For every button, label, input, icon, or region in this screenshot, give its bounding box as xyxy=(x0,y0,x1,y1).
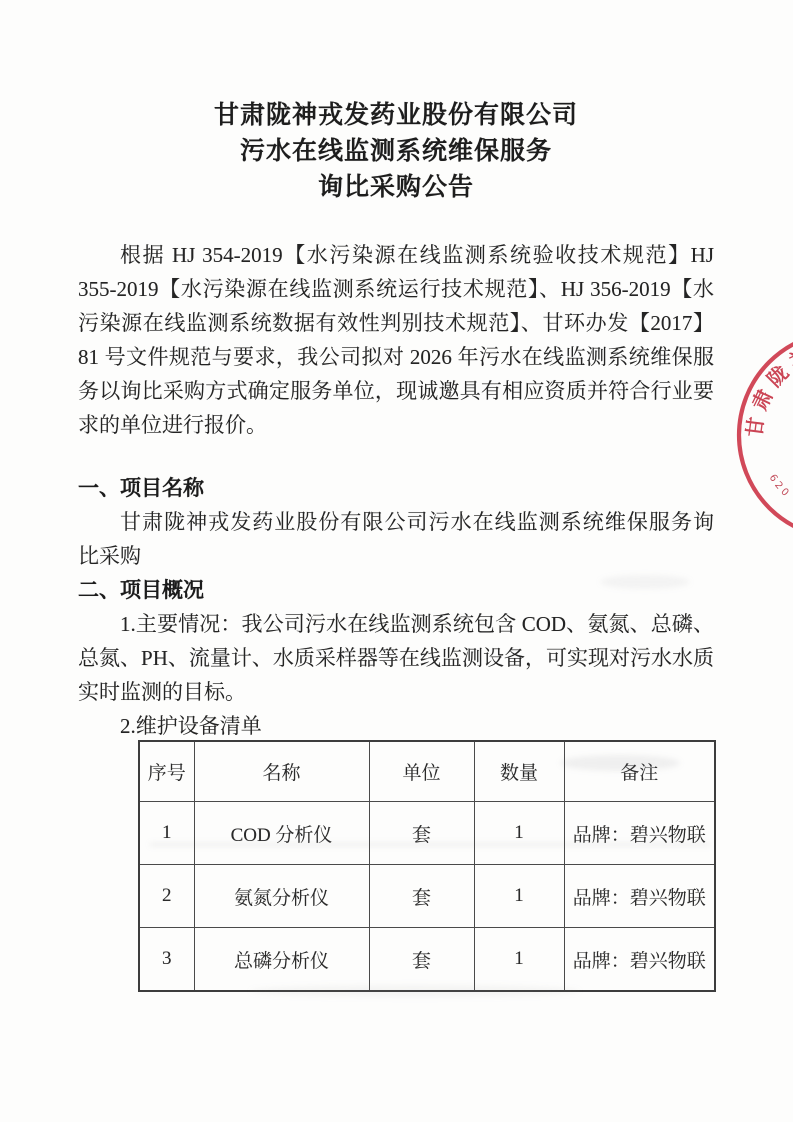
section-2-body: 1.主要情况：我公司污水在线监测系统包含 COD、氨氮、总磷、总氮、PH、流量计… xyxy=(78,607,714,743)
text-line: 求的单位进行报价。 xyxy=(78,408,714,442)
text-line: 根据 HJ 354-2019【水污染源在线监测系统验收技术规范】HJ xyxy=(78,238,714,272)
table-cell: 套 xyxy=(369,928,474,992)
table-row: 1COD 分析仪套1品牌：碧兴物联 xyxy=(139,802,715,865)
document-page: 甘肃陇神戎发药业股份有限公司 污水在线监测系统维保服务 询比采购公告 根据 HJ… xyxy=(0,0,793,1122)
seal-ring xyxy=(739,332,793,538)
section-1-heading: 一、项目名称 xyxy=(78,471,714,505)
table-cell: 品牌：碧兴物联 xyxy=(564,865,715,928)
section-project-overview: 二、项目概况 1.主要情况：我公司污水在线监测系统包含 COD、氨氮、总磷、总氮… xyxy=(78,573,714,743)
table-cell: 3 xyxy=(139,928,194,992)
title-line-3: 询比采购公告 xyxy=(78,170,714,206)
text-line: 总氮、PH、流量计、水质采样器等在线监测设备，可实现对污水水质 xyxy=(78,641,714,675)
text-line: 实时监测的目标。 xyxy=(78,675,714,709)
text-line: 比采购 xyxy=(78,539,714,573)
intro-paragraph: 根据 HJ 354-2019【水污染源在线监测系统验收技术规范】HJ355-20… xyxy=(78,238,714,442)
table-cell: 1 xyxy=(474,928,564,992)
table-row: 2氨氮分析仪套1品牌：碧兴物联 xyxy=(139,865,715,928)
text-line: 2.维护设备清单 xyxy=(78,709,714,743)
equipment-table-head: 序号名称单位数量备注 xyxy=(139,741,715,802)
table-cell: 1 xyxy=(139,802,194,865)
text-line: 污染源在线监测系统数据有效性判别技术规范】、甘环办发【2017】 xyxy=(78,306,714,340)
column-header: 单位 xyxy=(369,741,474,802)
column-header: 序号 xyxy=(139,741,194,802)
table-cell: 1 xyxy=(474,802,564,865)
table-cell: 品牌：碧兴物联 xyxy=(564,802,715,865)
table-cell: 总磷分析仪 xyxy=(194,928,369,992)
equipment-table-body: 1COD 分析仪套1品牌：碧兴物联2氨氮分析仪套1品牌：碧兴物联3总磷分析仪套1… xyxy=(139,802,715,992)
text-line: 务以询比采购方式确定服务单位，现诚邀具有相应资质并符合行业要 xyxy=(78,374,714,408)
title-line-2: 污水在线监测系统维保服务 xyxy=(78,134,714,170)
title-line-1: 甘肃陇神戎发药业股份有限公司 xyxy=(78,98,714,134)
text-line: 81 号文件规范与要求，我公司拟对 2026 年污水在线监测系统维保服 xyxy=(78,340,714,374)
table-cell: 套 xyxy=(369,865,474,928)
table-cell: 套 xyxy=(369,802,474,865)
column-header: 名称 xyxy=(194,741,369,802)
table-row: 3总磷分析仪套1品牌：碧兴物联 xyxy=(139,928,715,992)
equipment-table: 序号名称单位数量备注 1COD 分析仪套1品牌：碧兴物联2氨氮分析仪套1品牌：碧… xyxy=(138,740,716,992)
table-cell: 品牌：碧兴物联 xyxy=(564,928,715,992)
header-row: 序号名称单位数量备注 xyxy=(139,741,715,802)
text-line: 355-2019【水污染源在线监测系统运行技术规范】、HJ 356-2019【水 xyxy=(78,272,714,306)
column-header: 备注 xyxy=(564,741,715,802)
column-header: 数量 xyxy=(474,741,564,802)
section-1-body: 甘肃陇神戎发药业股份有限公司污水在线监测系统维保服务询比采购 xyxy=(78,505,714,573)
table-cell: 氨氮分析仪 xyxy=(194,865,369,928)
text-line: 甘肃陇神戎发药业股份有限公司污水在线监测系统维保服务询 xyxy=(78,505,714,539)
text-line: 1.主要情况：我公司污水在线监测系统包含 COD、氨氮、总磷、 xyxy=(78,607,714,641)
document-title: 甘肃陇神戎发药业股份有限公司 污水在线监测系统维保服务 询比采购公告 xyxy=(78,0,714,206)
section-2-heading: 二、项目概况 xyxy=(78,573,714,607)
table-cell: COD 分析仪 xyxy=(194,802,369,865)
seal-number-text: 620 xyxy=(767,473,793,501)
document-content: 甘肃陇神戎发药业股份有限公司 污水在线监测系统维保服务 询比采购公告 根据 HJ… xyxy=(78,0,714,1122)
table-cell: 2 xyxy=(139,865,194,928)
section-project-name: 一、项目名称 甘肃陇神戎发药业股份有限公司污水在线监测系统维保服务询比采购 xyxy=(78,471,714,573)
table-cell: 1 xyxy=(474,865,564,928)
